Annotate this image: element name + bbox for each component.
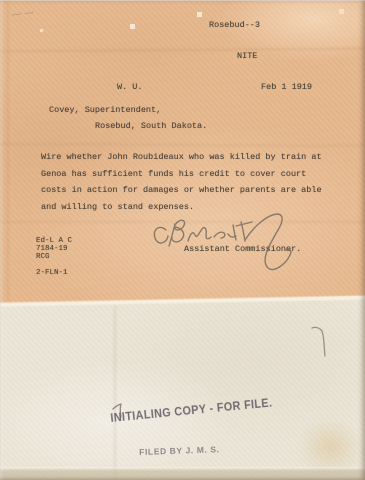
- body-line: costs in action for damages or whether p…: [41, 186, 322, 195]
- date: Feb 1 1919: [261, 83, 312, 92]
- body-line: Genoa has sufficient funds his credit to…: [41, 170, 306, 179]
- body-line: Wire whether John Roubideaux who was kil…: [41, 153, 322, 162]
- pen-mark-seven: [312, 327, 325, 356]
- initialing-copy-stamp: INITIALING COPY - FOR FILE.: [110, 397, 273, 425]
- service-class: NITE: [237, 52, 257, 61]
- scanned-telegram-document: Rosebud--3 NITE W. U. Feb 1 1919 Covey, …: [0, 0, 365, 480]
- file-code: RCG: [36, 253, 50, 261]
- recipient-address: Rosebud, South Dakota.: [95, 122, 207, 131]
- file-code: Ed-L A C: [36, 237, 72, 245]
- paper-crease: [114, 306, 116, 480]
- recipient-name: Covey, Superintendent,: [49, 106, 161, 115]
- paper-crease: [7, 0, 9, 302]
- filed-by-stamp: FILED BY J. M. S.: [139, 444, 220, 457]
- file-code: 2-FLN-1: [36, 269, 68, 277]
- paper-crease: [0, 48, 365, 53]
- paper-bottom-edge: [0, 467, 365, 480]
- paper-specks: [0, 0, 1, 1]
- page-label: Rosebud--3: [209, 21, 260, 30]
- paper-crease: [0, 143, 365, 147]
- signature-handwriting: [148, 210, 308, 280]
- file-code: 7184-19: [36, 245, 68, 253]
- telegraph-company: W. U.: [117, 83, 143, 92]
